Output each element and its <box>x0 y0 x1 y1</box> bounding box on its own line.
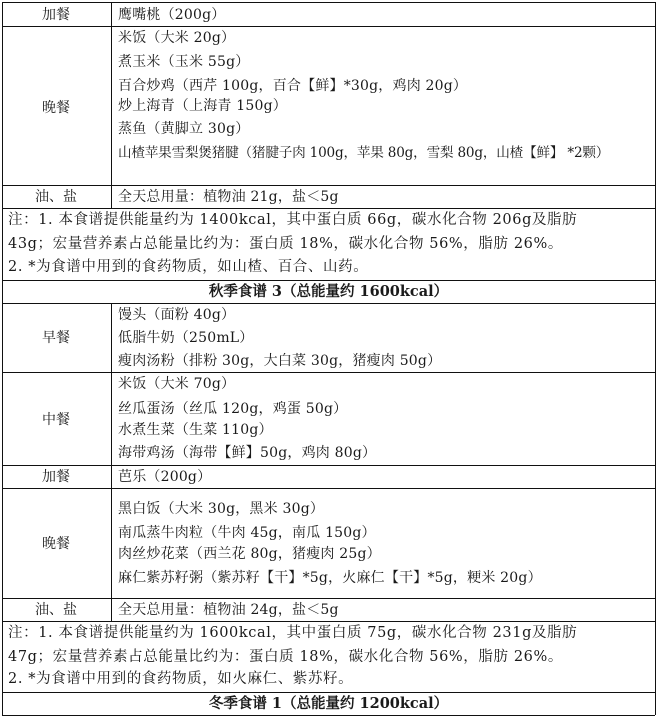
food-item: 麻仁紫苏籽粥（紫苏籽【干】*5g，火麻仁【干】*5g，粳米 20g） <box>118 570 542 586</box>
food-item: 低脂牛奶（250mL） <box>118 330 254 346</box>
recipe-table: 加餐 鹰嘴桃（200g） 晚餐 米饭（大米 20g） 煮玉米（玉米 55g） 百… <box>0 0 657 718</box>
table-border <box>2 621 655 622</box>
table-border <box>2 715 655 716</box>
food-item: 炒上海青（上海青 150g） <box>118 98 287 114</box>
note-line: 注：1. 本食谱提供能量约为 1400kcal，其中蛋白质 66g，碳水化合物 … <box>8 212 577 228</box>
table-border <box>2 692 655 693</box>
note-line: 47g；宏量营养素占总能量比约为：蛋白质 18%，碳水化合物 56%，脂肪 26… <box>8 649 563 665</box>
table-border <box>2 598 655 599</box>
food-item: 瘦肉汤粉（排粉 30g，大白菜 30g，猪瘦肉 50g） <box>118 353 441 369</box>
food-item: 煮玉米（玉米 55g） <box>118 54 249 70</box>
food-item: 山楂苹果雪梨煲猪腱（猪腱子肉 100g，苹果 80g，雪梨 80g，山楂【鲜】 … <box>118 145 609 161</box>
column-divider <box>111 303 112 621</box>
note-line: 2. *为食谱中用到的食药物质，如火麻仁、紫苏籽。 <box>8 671 353 687</box>
food-item: 丝瓜蛋汤（丝瓜 120g，鸡蛋 50g） <box>118 401 347 417</box>
food-item: 全天总用量：植物油 24g，盐＜5g <box>118 602 339 618</box>
food-item: 米饭（大米 70g） <box>118 376 235 392</box>
table-border <box>2 26 655 27</box>
food-item: 全天总用量：植物油 21g，盐＜5g <box>118 189 339 205</box>
food-item: 南瓜蒸牛肉粒（牛肉 45g，南瓜 150g） <box>118 525 376 541</box>
food-item: 芭乐（200g） <box>118 469 211 485</box>
table-border <box>2 208 655 209</box>
table-border <box>2 185 655 186</box>
food-item: 米饭（大米 20g） <box>118 30 235 46</box>
note-line: 2. *为食谱中用到的食药物质，如山楂、百合、山药。 <box>8 259 368 275</box>
food-item: 鹰嘴桃（200g） <box>118 7 225 23</box>
food-item: 海带鸡汤（海带【鲜】50g，鸡肉 80g） <box>118 445 376 461</box>
food-item: 肉丝炒花菜（西兰花 80g，猪瘦肉 25g） <box>118 546 381 562</box>
meal-label: 晚餐 <box>2 100 110 116</box>
table-border <box>2 465 655 466</box>
food-item: 蒸鱼（黄脚立 30g） <box>118 121 249 137</box>
food-item: 百合炒鸡（西芹 100g，百合【鲜】*30g，鸡肉 20g） <box>118 78 467 94</box>
meal-label: 早餐 <box>2 330 110 346</box>
table-border <box>655 2 656 715</box>
meal-label: 油、盐 <box>2 602 110 618</box>
table-border <box>2 488 655 489</box>
note-line: 注：1. 本食谱提供能量约为 1600kcal，其中蛋白质 75g，碳水化合物 … <box>8 625 577 641</box>
food-item: 黑白饭（大米 30g，黑米 30g） <box>118 501 324 517</box>
section-title: 秋季食谱 3（总能量约 1600kcal） <box>2 284 655 300</box>
table-border <box>2 372 655 373</box>
meal-label: 晚餐 <box>2 536 110 552</box>
table-border <box>2 280 655 281</box>
food-item: 馒头（面粉 40g） <box>118 307 235 323</box>
meal-label: 油、盐 <box>2 189 110 205</box>
food-item: 水煮生菜（生菜 110g） <box>118 422 273 438</box>
column-divider <box>111 2 112 208</box>
meal-label: 中餐 <box>2 412 110 428</box>
section-title: 冬季食谱 1（总能量约 1200kcal） <box>2 696 655 712</box>
table-border <box>2 2 655 3</box>
meal-label: 加餐 <box>2 469 110 485</box>
meal-label: 加餐 <box>2 7 110 23</box>
table-border <box>2 303 655 304</box>
note-line: 43g；宏量营养素占总能量比约为：蛋白质 18%，碳水化合物 56%，脂肪 26… <box>8 236 563 252</box>
